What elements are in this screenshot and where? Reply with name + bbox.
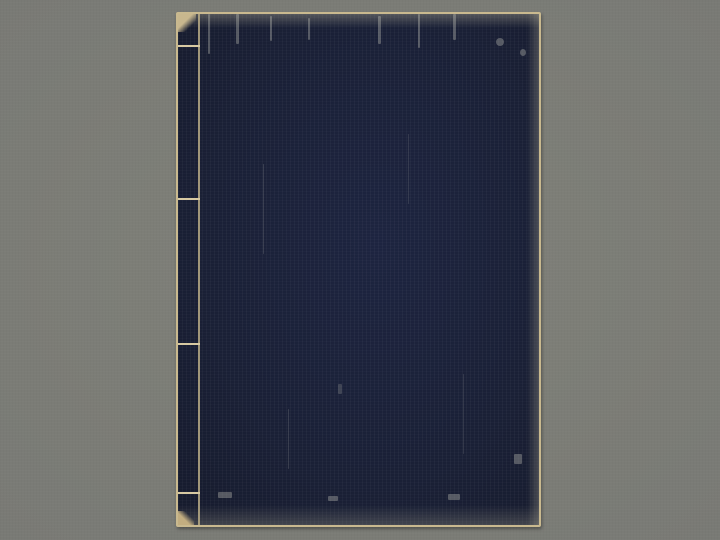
wear-mark bbox=[338, 384, 342, 394]
book-cover bbox=[178, 14, 539, 525]
binding-thread bbox=[178, 492, 200, 494]
wear-mark bbox=[208, 14, 210, 54]
book bbox=[176, 12, 541, 527]
wear-mark bbox=[218, 492, 232, 498]
cloth-texture bbox=[178, 14, 539, 525]
binding-thread bbox=[178, 343, 200, 345]
wear-mark bbox=[453, 14, 456, 40]
wear-mark bbox=[463, 374, 464, 454]
wear-mark bbox=[288, 409, 289, 469]
binding-thread bbox=[178, 198, 200, 200]
worn-right-edge bbox=[527, 14, 539, 525]
wear-mark bbox=[408, 134, 409, 204]
worn-corner-bottom-left bbox=[178, 511, 194, 525]
wear-mark bbox=[270, 16, 272, 41]
binding-thread bbox=[178, 45, 200, 47]
wear-mark bbox=[418, 14, 420, 48]
worn-corner-top-left bbox=[178, 14, 196, 32]
wear-mark bbox=[496, 38, 504, 46]
worn-bottom-edge bbox=[178, 505, 539, 525]
wear-mark bbox=[263, 164, 264, 254]
spine-fold-line bbox=[198, 14, 200, 525]
wear-mark bbox=[378, 16, 381, 44]
worn-top-edge bbox=[178, 14, 539, 28]
wear-mark bbox=[328, 496, 338, 501]
wear-mark bbox=[520, 49, 526, 56]
wear-mark bbox=[236, 14, 239, 44]
wear-mark bbox=[308, 18, 310, 40]
wear-mark bbox=[514, 454, 522, 464]
wear-mark bbox=[448, 494, 460, 500]
